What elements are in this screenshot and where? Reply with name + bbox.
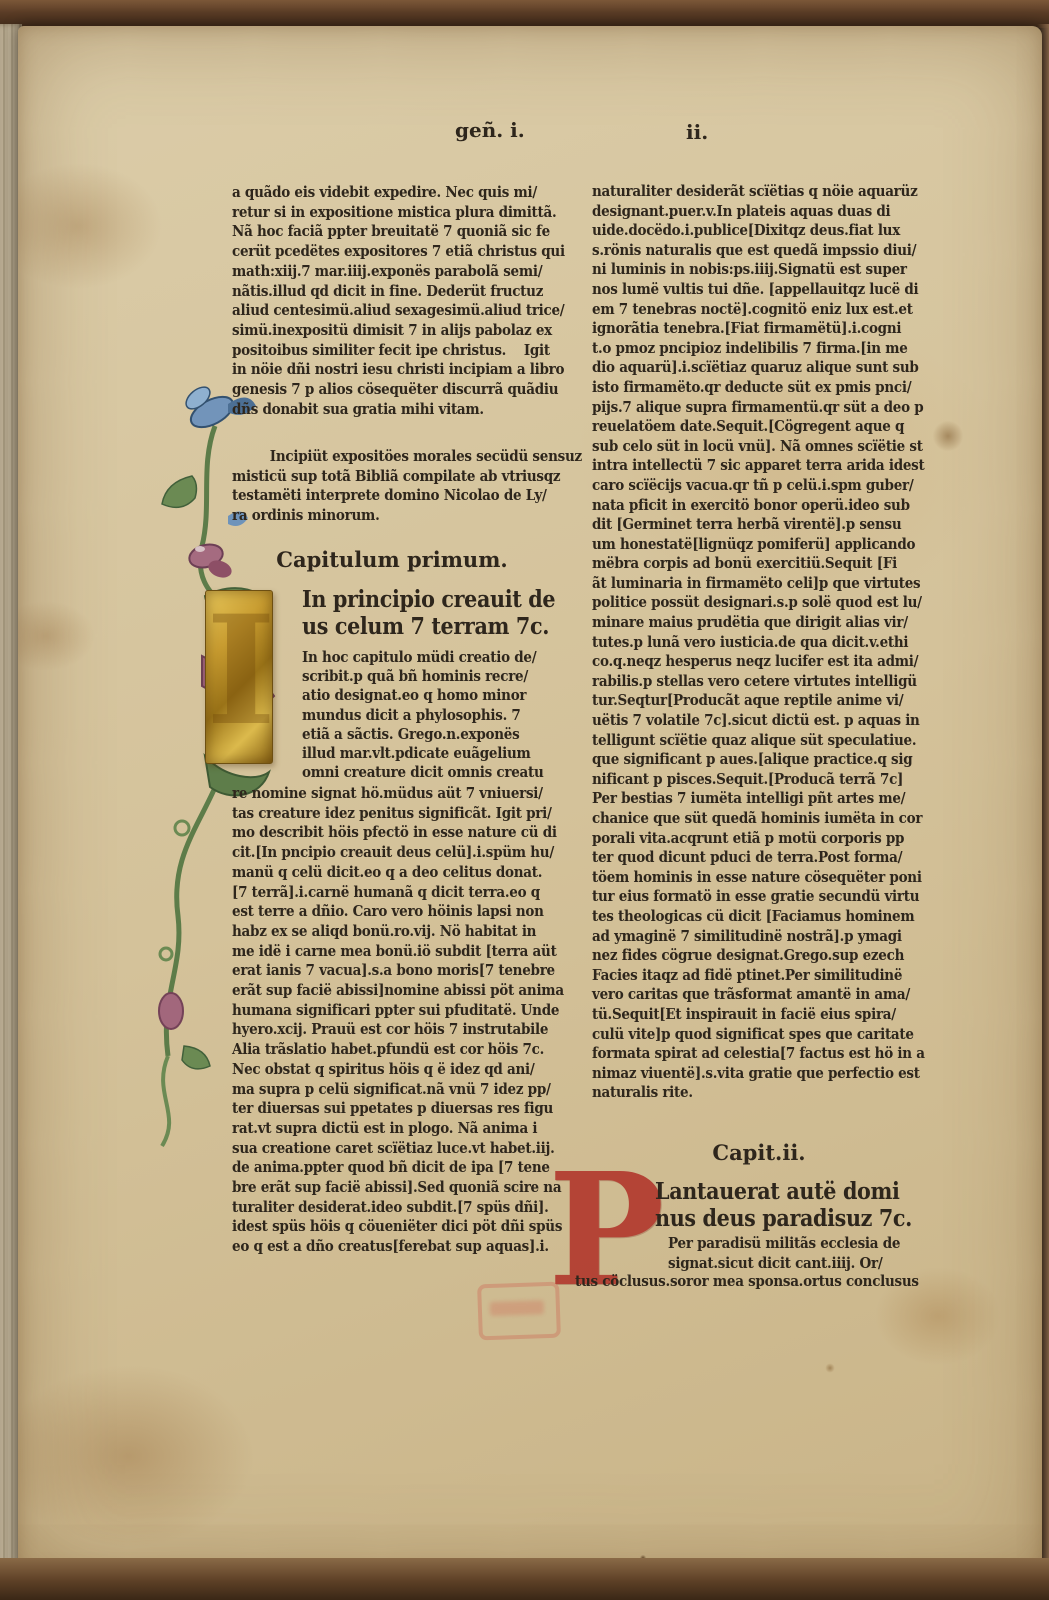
- stamp-smudge: [490, 1300, 544, 1316]
- text-line: cerüt pcedëtes expositores 7 etiã christ…: [232, 242, 520, 262]
- text-line: Per bestias 7 iumëta intelligi pñt artes…: [592, 789, 893, 809]
- text-line: manü q celü dicit.eo q a deo celitus don…: [232, 863, 520, 883]
- chapter2-indented-text: Per paradisü militãs ecclesia designat.s…: [668, 1234, 926, 1273]
- text-line: nos lumë vultis tui dñe. [appellauitqz l…: [592, 280, 893, 300]
- text-line: em 7 tenebras noctë].cognitö eniz lux es…: [592, 300, 893, 320]
- text-line: t.o pmoz pncipioz indelibilis 7 firma.[i…: [592, 339, 893, 359]
- text-line: de anima.ppter quod bñ dicit de ipa [7 t…: [232, 1158, 520, 1178]
- right-column-body-text: naturaliter desiderãt scïëtias q nöie aq…: [592, 182, 926, 1103]
- text-line: que significant p aues.[alique practice.…: [592, 750, 893, 770]
- text-line: hyero.xcij. Prauü est cor höis 7 instrut…: [232, 1020, 520, 1040]
- text-line: est terre a dñio. Caro vero höinis lapsi…: [232, 902, 520, 922]
- text-line: simü.inexpositü dimisit 7 in alijs pabol…: [232, 321, 520, 341]
- text-line: idest spüs höis q cöueniëter dici pöt dñ…: [232, 1217, 520, 1237]
- text-line: ignorãtia tenebra.[Fiat firmamëtü].i.cog…: [592, 319, 893, 339]
- text-line: ma supra p celü significat.nã vnü 7 idez…: [232, 1080, 520, 1100]
- incipit-paragraph: Incipiüt expositöes morales secüdü sensu…: [232, 447, 552, 526]
- text-line: Per paradisü militãs ecclesia de: [668, 1234, 900, 1254]
- text-line: mëbra corpis ad bonü exercitiü.Sequit [F…: [592, 554, 893, 574]
- text-line: pijs.7 alique supra firmamentü.qr süt a …: [592, 398, 893, 418]
- text-line: ni luminis in nobis:ps.iiij.Signatü est …: [592, 260, 893, 280]
- illuminated-initial-ground: I: [205, 590, 273, 764]
- text-line: retur si in expositione mistica plura di…: [232, 203, 520, 223]
- text-line: ter diuersas sui ppetates p diuersas res…: [232, 1099, 520, 1119]
- chapter2-lemma: Lantauerat autë dominus deus paradisuz 7…: [655, 1178, 935, 1232]
- text-line: sua creatione caret scïëtiaz luce.vt hab…: [232, 1139, 520, 1159]
- text-line: tutes.p lunã vero iusticia.de qua dicit.…: [592, 633, 893, 653]
- text-line: cit.[In pncipio creauit deus celü].i.spü…: [232, 843, 520, 863]
- text-line: Alia trãslatio habet.pfundü est cor höis…: [232, 1040, 520, 1060]
- running-head-column: ii.: [686, 120, 708, 144]
- text-line: etiã a sãctis. Grego.n.exponës: [302, 725, 529, 744]
- text-line: aliud centesimü.aliud sexagesimü.aliud t…: [232, 301, 520, 321]
- text-line: tur.Seqtur[Producãt aque reptile anime v…: [592, 691, 893, 711]
- chapter1-heading: Capitulum primum.: [232, 547, 552, 572]
- text-line: s.rönis naturalis que est quedã impssio …: [592, 241, 893, 261]
- illuminated-initial-letter: I: [206, 585, 272, 757]
- left-intro-paragraph: a quãdo eis videbit expedire. Nec quis m…: [232, 183, 552, 419]
- text-line: dio aquarü].i.scïëtiaz quaruz alique sun…: [592, 358, 893, 378]
- library-stamp: [477, 1282, 561, 1341]
- text-line: telligunt scïëtie quaz alique süt specul…: [592, 731, 893, 751]
- text-line: politice possüt designari.s.p solë quod …: [592, 593, 893, 613]
- text-line: tas creature idez penitus significãt. Ig…: [232, 804, 520, 824]
- book-photo: geñ. i. ii. I: [0, 0, 1049, 1600]
- text-line: tü.Sequit[Et inspirauit in facië eius sp…: [592, 1005, 893, 1025]
- text-line: nificant p pisces.Sequit.[Producã terrã …: [592, 770, 893, 790]
- text-line: Incipiüt expositöes morales secüdü sensu…: [232, 447, 520, 467]
- text-line: caro scïëcijs vacua.qr tñ p celü.i.spm g…: [592, 476, 893, 496]
- text-line: atio designat.eo q homo minor: [302, 686, 529, 705]
- text-line: rat.vt supra dictü est in plogo. Nã anim…: [232, 1119, 520, 1139]
- text-line: scribit.p quã bñ hominis recre/: [302, 667, 529, 686]
- running-head-book: geñ. i.: [455, 118, 525, 142]
- text-line: me idë i carne mea bonü.iö subdit [terra…: [232, 942, 520, 962]
- text-line: tus cöclusus.soror mea sponsa.ortus conc…: [575, 1272, 892, 1292]
- text-line: turaliter desiderat.ideo subdit.[7 spüs …: [232, 1198, 520, 1218]
- text-line: tes theologicas cü dicit [Faciamus homin…: [592, 907, 893, 927]
- text-line: eo q est a dño creatus[ferebat sup aquas…: [232, 1237, 520, 1257]
- text-line: signat.sicut dicit cant.iiij. Or/: [668, 1254, 900, 1274]
- text-line: mo describit höis pfectö in esse nature …: [232, 823, 520, 843]
- leather-binding-bottom: [0, 1558, 1049, 1600]
- text-line: genesis 7 p alios cösequëter discurrã qu…: [232, 380, 520, 400]
- text-line: bre erãt sup facië abissi].Sed quoniã sc…: [232, 1178, 520, 1198]
- text-line: ra ordinis minorum.: [232, 506, 520, 526]
- text-line: porali vita.acqrunt etiã p motü corporis…: [592, 829, 893, 849]
- text-line: In principio creauit de: [302, 586, 536, 613]
- text-line: mundus dicit a phylosophis. 7: [302, 706, 529, 725]
- text-line: a quãdo eis videbit expedire. Nec quis m…: [232, 183, 520, 203]
- text-line: nus deus paradisuz 7c.: [655, 1205, 907, 1232]
- text-line: habz ex se aliqd bonü.ro.vij. Nö habitat…: [232, 922, 520, 942]
- text-line: in nöie dñi nostri iesu christi incipiam…: [232, 360, 520, 380]
- chapter2-last-line-container: tus cöclusus.soror mea sponsa.ortus conc…: [575, 1272, 927, 1292]
- leather-binding-top: [0, 0, 1049, 28]
- text-line: dñs donabit sua gratia mihi vitam.: [232, 400, 520, 420]
- text-line: designant.puer.v.In plateis aquas duas d…: [592, 202, 893, 222]
- text-line: In hoc capitulo müdi creatio de/: [302, 648, 529, 667]
- text-line: ter quod dicunt pduci de terra.Post form…: [592, 848, 893, 868]
- text-line: us celum 7 terram 7c.: [302, 613, 536, 640]
- text-line: illud mar.vlt.pdicate euãgelium: [302, 744, 529, 763]
- text-line: humana significari ppter sui pfuditatë. …: [232, 1001, 520, 1021]
- text-line: misticü sup totã Bibliã compilate ab vtr…: [232, 467, 520, 487]
- text-line: isto firmamëto.qr deducte süt ex pmis pn…: [592, 378, 893, 398]
- text-line: rabilis.p stellas vero cetere virtutes i…: [592, 672, 893, 692]
- text-line: math:xiij.7 mar.iiij.exponës parabolã se…: [232, 262, 520, 282]
- text-line: positoibus similiter fecit ipe christus.…: [232, 341, 520, 361]
- text-line: omni creature dicit omnis creatu: [302, 763, 529, 782]
- text-line: testamëti interprete domino Nicolao de L…: [232, 486, 520, 506]
- text-line: re nomine signat hö.müdus aüt 7 vniuersi…: [232, 784, 520, 804]
- text-line: minare maius prudëtia que dirigit alias …: [592, 613, 893, 633]
- text-line: erat ianis 7 vacua].s.a bono moris[7 ten…: [232, 961, 520, 981]
- chapter1-lemma: In principio creauit deus celum 7 terram…: [302, 586, 562, 640]
- text-line: dit [Germinet terra herbã virentë].p sen…: [592, 515, 893, 535]
- text-line: um honestatë[lignüqz pomiferü] applicand…: [592, 535, 893, 555]
- text-line: uëtis 7 volatile 7c].sicut dictü est. p …: [592, 711, 893, 731]
- text-line: [7 terrã].i.carnë humanã q dicit terra.e…: [232, 883, 520, 903]
- text-line: Nã hoc faciã ppter breuitatë 7 quoniã si…: [232, 222, 520, 242]
- text-line: nata pficit in exercitö bonor operü.ideo…: [592, 496, 893, 516]
- text-line: uide.docëdo.i.publice[Dixitqz deus.fiat …: [592, 221, 893, 241]
- text-line: erãt sup facië abissi]nomine abissi pöt …: [232, 981, 520, 1001]
- manuscript-page: geñ. i. ii. I: [18, 26, 1042, 1572]
- text-line: töem hominis in esse nature cösequëter p…: [592, 868, 893, 888]
- text-line: vero caritas que trãsformat amantë in am…: [592, 985, 893, 1005]
- text-line: naturaliter desiderãt scïëtias q nöie aq…: [592, 182, 893, 202]
- chapter1-indented-text: In hoc capitulo müdi creatio de/scribit.…: [302, 648, 554, 782]
- text-line: naturalis rite.: [592, 1083, 893, 1103]
- text-line: ãt luminaria in firmamëto celi]p que vir…: [592, 574, 893, 594]
- text-line: nez fides cögrue designat.Grego.sup ezec…: [592, 946, 893, 966]
- text-line: culü vite]p quod significat spes que car…: [592, 1025, 893, 1045]
- text-line: intra intellectü 7 sic apparet terra ari…: [592, 456, 893, 476]
- text-line: Nec obstat q spiritus höis q ë idez qd a…: [232, 1060, 520, 1080]
- text-line: reuelatöem date.Sequit.[Cögregent aque q: [592, 417, 893, 437]
- text-line: nimaz viuentë].s.vita gratie que perfect…: [592, 1064, 893, 1084]
- text-line: nãtis.illud qd dicit in fine. Dederüt fr…: [232, 282, 520, 302]
- text-line: ad ymaginë 7 similitudinë nostrã].p ymag…: [592, 927, 893, 947]
- text-line: Lantauerat autë domi: [655, 1178, 907, 1205]
- text-line: chanice que süt quedã hominis iumëta in …: [592, 809, 893, 829]
- chapter1-body-text: re nomine signat hö.müdus aüt 7 vniuersi…: [232, 784, 552, 1257]
- text-line: formata spirat ad celestia[7 factus est …: [592, 1044, 893, 1064]
- text-line: Facies itaqz ad fidë ptinet.Per similitu…: [592, 966, 893, 986]
- text-line: sub celo süt in locü vnü]. Nã omnes scïë…: [592, 437, 893, 457]
- text-line: co.q.neqz hesperus neqz lucifer est ita …: [592, 652, 893, 672]
- text-line: tur eius formatö in esse gratie secundü …: [592, 887, 893, 907]
